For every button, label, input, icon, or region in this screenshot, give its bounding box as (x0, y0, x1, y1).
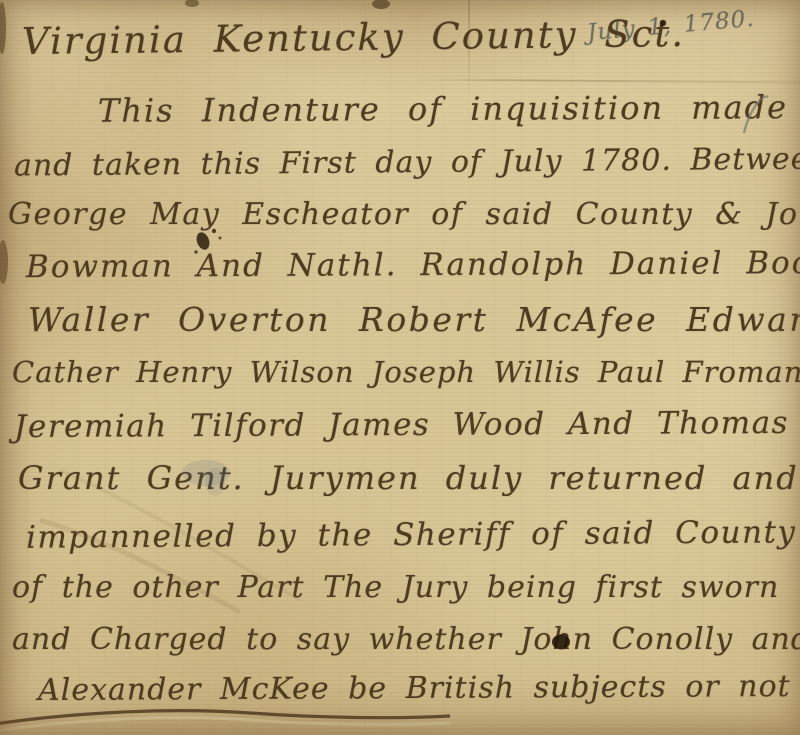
top-edge-smudge (185, 0, 199, 7)
fold-crease-bottom (0, 711, 450, 724)
manuscript-line-4: Bowman And Nathl. Randolph Daniel Boone (26, 245, 800, 285)
manuscript-line-9: impannelled by the Sheriff of said Count… (26, 514, 797, 555)
top-edge-smudge (372, 0, 390, 9)
manuscript-line-5: Waller Overton Robert McAfee Edward (28, 300, 800, 339)
manuscript-line-6: Cather Henry Wilson Joseph Willis Paul F… (12, 355, 800, 389)
fold-crease-highlight (0, 718, 450, 731)
manuscript-line-8: Grant Gent. Jurymen duly returned and (18, 459, 799, 497)
ink-speck (219, 237, 222, 240)
manuscript-line-10: of the other Part The Jury being first s… (12, 570, 779, 605)
manuscript-line-3: George May Escheator of said County & Jo… (8, 197, 800, 232)
manuscript-line-12: Alexander McKee be British subjects or n… (38, 669, 791, 708)
fold-crease-top-right (415, 79, 800, 84)
manuscript-line-11: and Charged to say whether John Conolly … (12, 622, 800, 657)
left-edge-smudge (0, 2, 6, 54)
heading-line: Virginia Kentucky County Sct. (22, 12, 685, 63)
manuscript-page: July 1, 1780. Virginia Kentucky County S… (0, 0, 800, 735)
manuscript-line-1: This Indenture of inquisition made (98, 88, 788, 130)
left-edge-smudge (0, 240, 8, 284)
manuscript-line-7: Jeremiah Tilford James Wood And Thomas (14, 405, 789, 445)
manuscript-line-2: and taken this First day of July 1780. B… (14, 141, 800, 183)
